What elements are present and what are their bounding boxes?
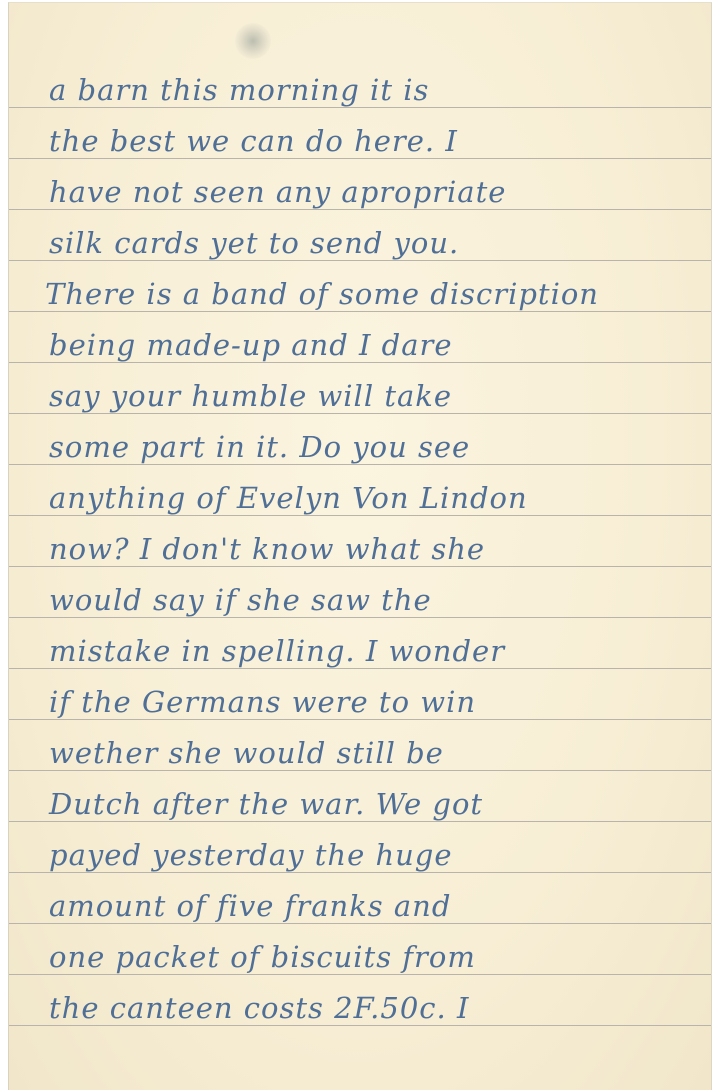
handwritten-line: wether she would still be — [9, 736, 711, 776]
handwritten-line: one packet of biscuits from — [9, 940, 711, 980]
handwritten-line: payed yesterday the huge — [9, 838, 711, 878]
handwritten-line: say your humble will take — [9, 379, 711, 419]
handwritten-line: anything of Evelyn Von Lindon — [9, 481, 711, 521]
handwritten-line: There is a band of some discription — [9, 277, 711, 317]
handwritten-line: amount of five franks and — [9, 889, 711, 929]
handwritten-line: the best we can do here. I — [9, 124, 711, 164]
letter-page: a barn this morning it is the best we ca… — [8, 2, 712, 1090]
handwritten-line: some part in it. Do you see — [9, 430, 711, 470]
handwritten-line: being made-up and I dare — [9, 328, 711, 368]
handwritten-line: would say if she saw the — [9, 583, 711, 623]
handwritten-line: have not seen any apropriate — [9, 175, 711, 215]
handwritten-line: mistake in spelling. I wonder — [9, 634, 711, 674]
ink-smudge — [235, 23, 271, 59]
handwritten-line: the canteen costs 2F.50c. I — [9, 991, 711, 1031]
handwritten-line: a barn this morning it is — [9, 73, 711, 113]
handwritten-line: silk cards yet to send you. — [9, 226, 711, 266]
handwritten-line: now? I don't know what she — [9, 532, 711, 572]
handwritten-line: if the Germans were to win — [9, 685, 711, 725]
handwritten-line: Dutch after the war. We got — [9, 787, 711, 827]
